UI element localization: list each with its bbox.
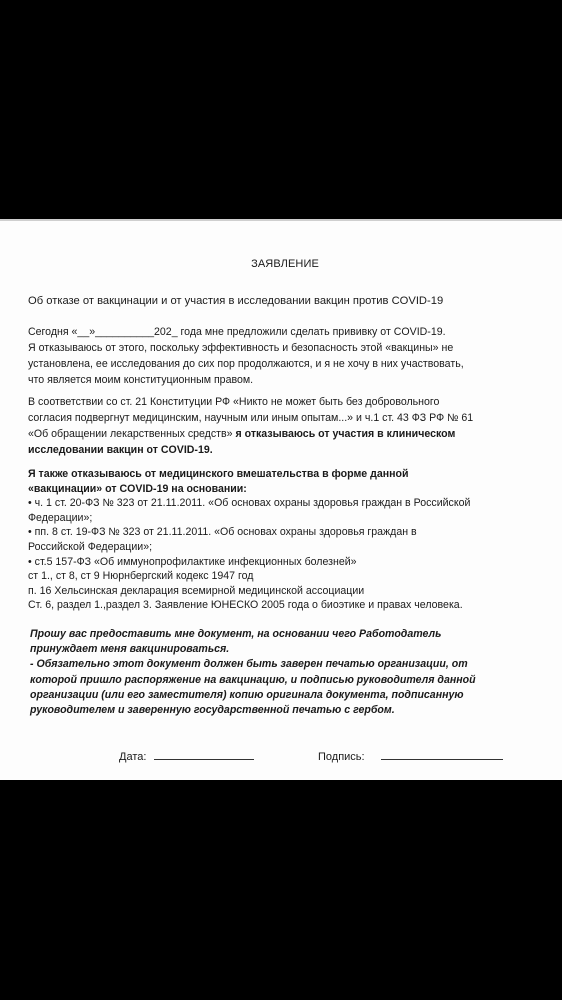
document-subtitle: Об отказе от вакцинации и от участия в и… bbox=[28, 295, 443, 307]
legal-basis-item: п. 16 Хельсинская декларация всемирной м… bbox=[28, 584, 528, 599]
date-field: Дата: bbox=[119, 749, 254, 763]
text-line-bold: Я также отказываюсь от медицинского вмеш… bbox=[28, 467, 528, 482]
text-line: что является моим конституционным правом… bbox=[28, 372, 528, 388]
text-bold: я отказываюсь от участия в клиническом bbox=[235, 428, 455, 440]
text-line: установлена, ее исследования до сих пор … bbox=[28, 356, 528, 372]
legal-basis-item: • пп. 8 ст. 19-ФЗ № 323 от 21.11.2011. «… bbox=[28, 525, 528, 540]
text-normal: «Об обращении лекарственных средств» bbox=[28, 428, 235, 440]
document-page: ЗАЯВЛЕНИЕ Об отказе от вакцинации и от у… bbox=[0, 219, 562, 780]
legal-basis-item: Федерации»; bbox=[28, 511, 528, 526]
text-line: Сегодня «__»__________202_ года мне пред… bbox=[28, 324, 528, 340]
legal-basis-item: Ст. 6, раздел 1.,раздел 3. Заявление ЮНЕ… bbox=[28, 598, 528, 613]
signature-label: Подпись: bbox=[318, 751, 365, 763]
date-label: Дата: bbox=[119, 751, 146, 763]
text-line-bold: исследовании вакцин от COVID-19. bbox=[28, 442, 528, 458]
text-line: В соответствии со ст. 21 Конституции РФ … bbox=[28, 394, 528, 410]
paragraph-document-request: Прошу вас предоставить мне документ, на … bbox=[28, 627, 530, 718]
paragraph-offer-and-refusal: Сегодня «__»__________202_ года мне пред… bbox=[28, 324, 528, 388]
text-line-italic: Прошу вас предоставить мне документ, на … bbox=[30, 627, 530, 642]
text-line-bold: «вакцинации» от COVID-19 на основании: bbox=[28, 482, 528, 497]
document-heading: ЗАЯВЛЕНИЕ bbox=[0, 258, 562, 270]
text-line-italic: которой пришло распоряжение на вакцинаци… bbox=[30, 673, 530, 688]
text-line-italic: принуждает меня вакцинироваться. bbox=[30, 642, 530, 657]
date-blank-line bbox=[154, 749, 254, 760]
paragraph-constitution-reference: В соответствии со ст. 21 Конституции РФ … bbox=[28, 394, 528, 458]
legal-basis-item: • ст.5 157-ФЗ «Об иммунопрофилактике инф… bbox=[28, 555, 528, 570]
text-line: «Об обращении лекарственных средств» я о… bbox=[28, 426, 528, 442]
legal-basis-item: • ч. 1 ст. 20-ФЗ № 323 от 21.11.2011. «О… bbox=[28, 496, 528, 511]
legal-basis-item: ст 1., ст 8, ст 9 Нюрнбергский кодекс 19… bbox=[28, 569, 528, 584]
text-line: согласия подвергнут медицинским, научным… bbox=[28, 410, 528, 426]
signature-field: Подпись: bbox=[318, 749, 503, 763]
text-line: Я отказываюсь от этого, поскольку эффект… bbox=[28, 340, 528, 356]
text-line-italic: организации (или его заместителя) копию … bbox=[30, 688, 530, 703]
signature-blank-line bbox=[381, 749, 503, 760]
text-line-italic: - Обязательно этот документ должен быть … bbox=[30, 657, 530, 672]
text-line-italic: руководителем и заверенную государственн… bbox=[30, 703, 530, 718]
legal-basis-item: Российской Федерации»; bbox=[28, 540, 528, 555]
paragraph-legal-basis: Я также отказываюсь от медицинского вмеш… bbox=[28, 467, 528, 613]
